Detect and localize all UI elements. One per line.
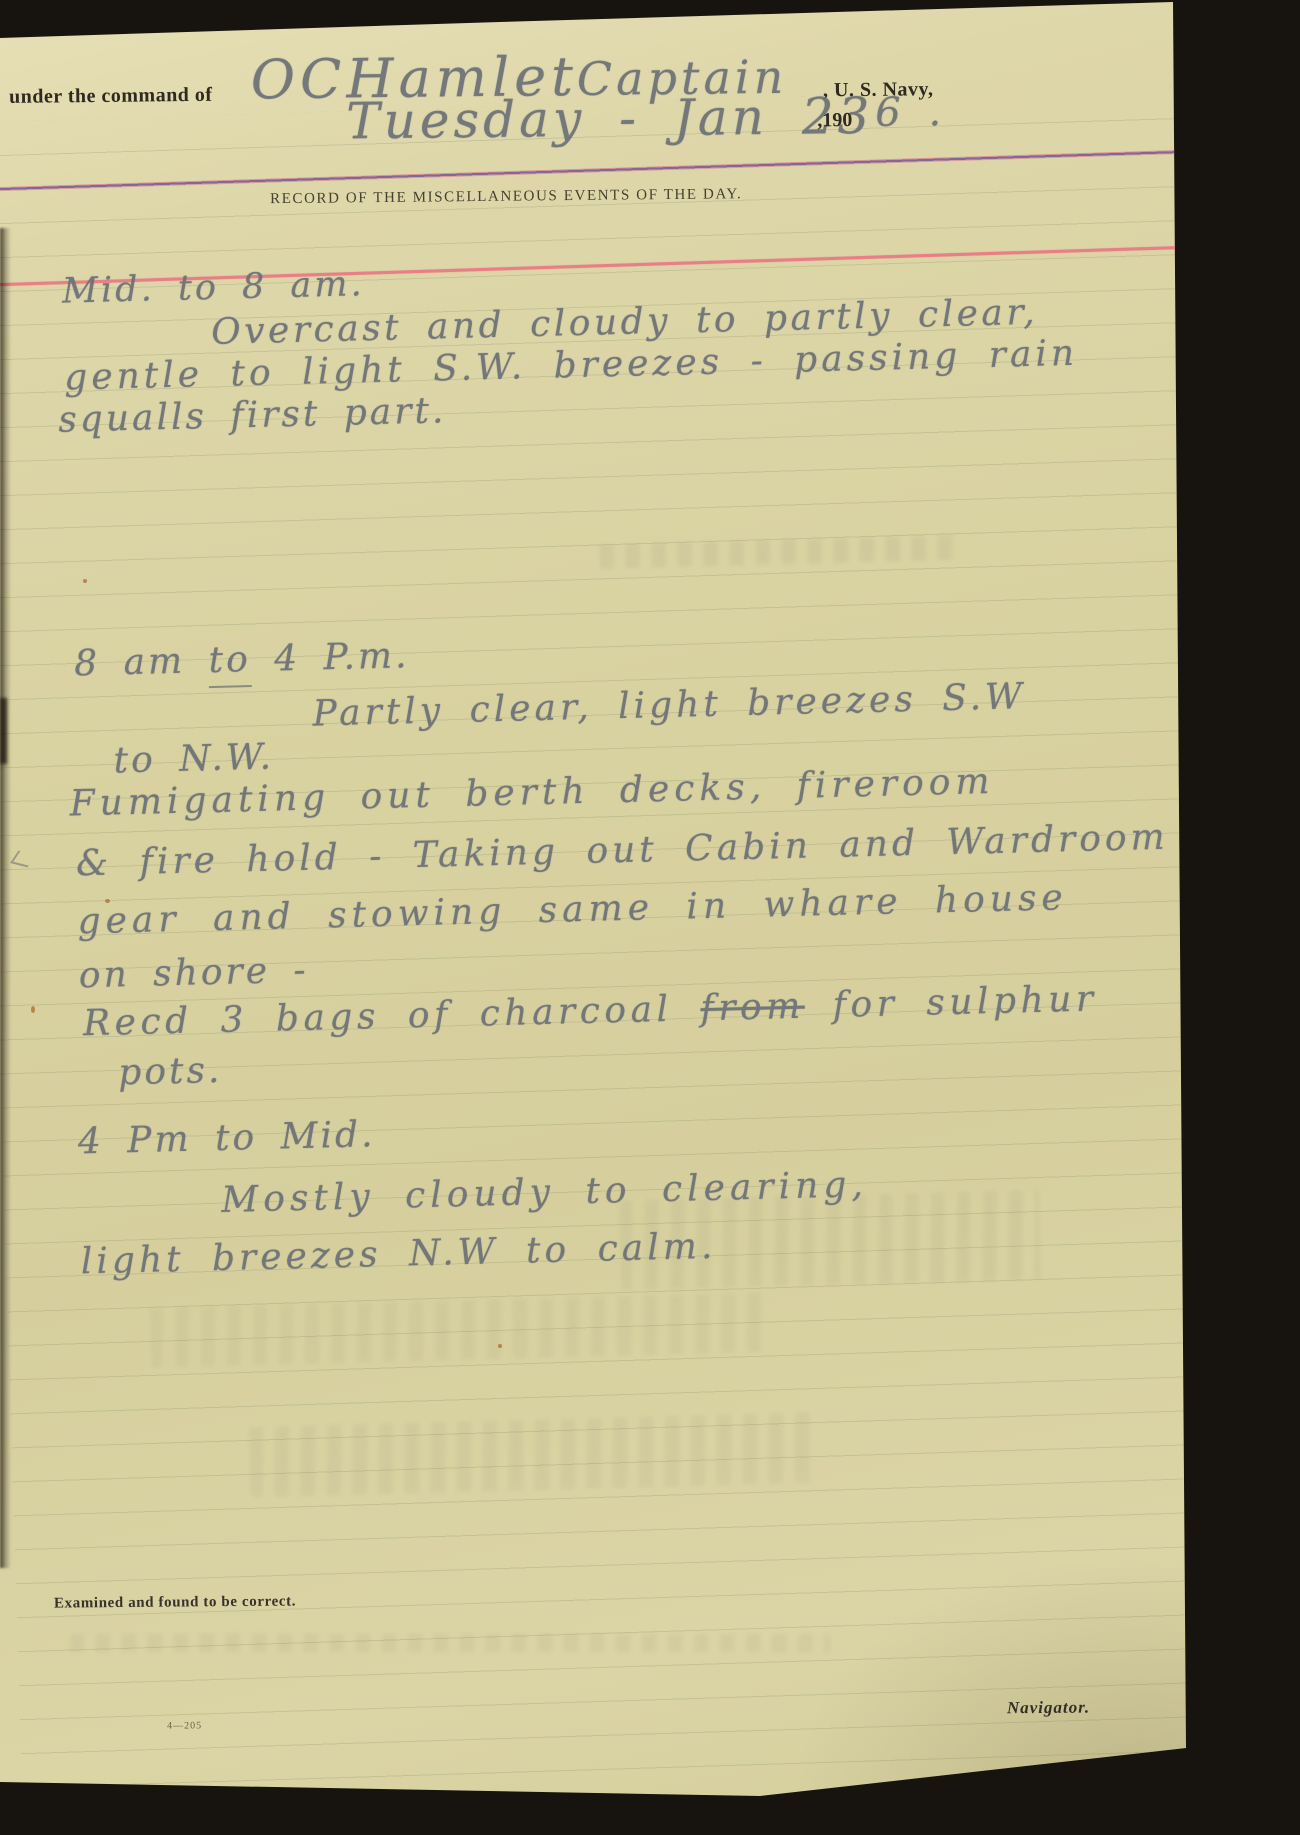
scan-background: { "document": { "kind": "navy-logbook-pa… (0, 0, 1300, 1835)
examined-statement: Examined and found to be correct. (54, 1593, 296, 1612)
page-footer: Examined and found to be correct. Naviga… (0, 0, 1300, 1835)
navigator-signature-label: Navigator. (1007, 1698, 1090, 1719)
logbook-page: under the command of OCHamlet Captain , … (0, 0, 1300, 1835)
form-number: 4—205 (167, 1720, 202, 1731)
